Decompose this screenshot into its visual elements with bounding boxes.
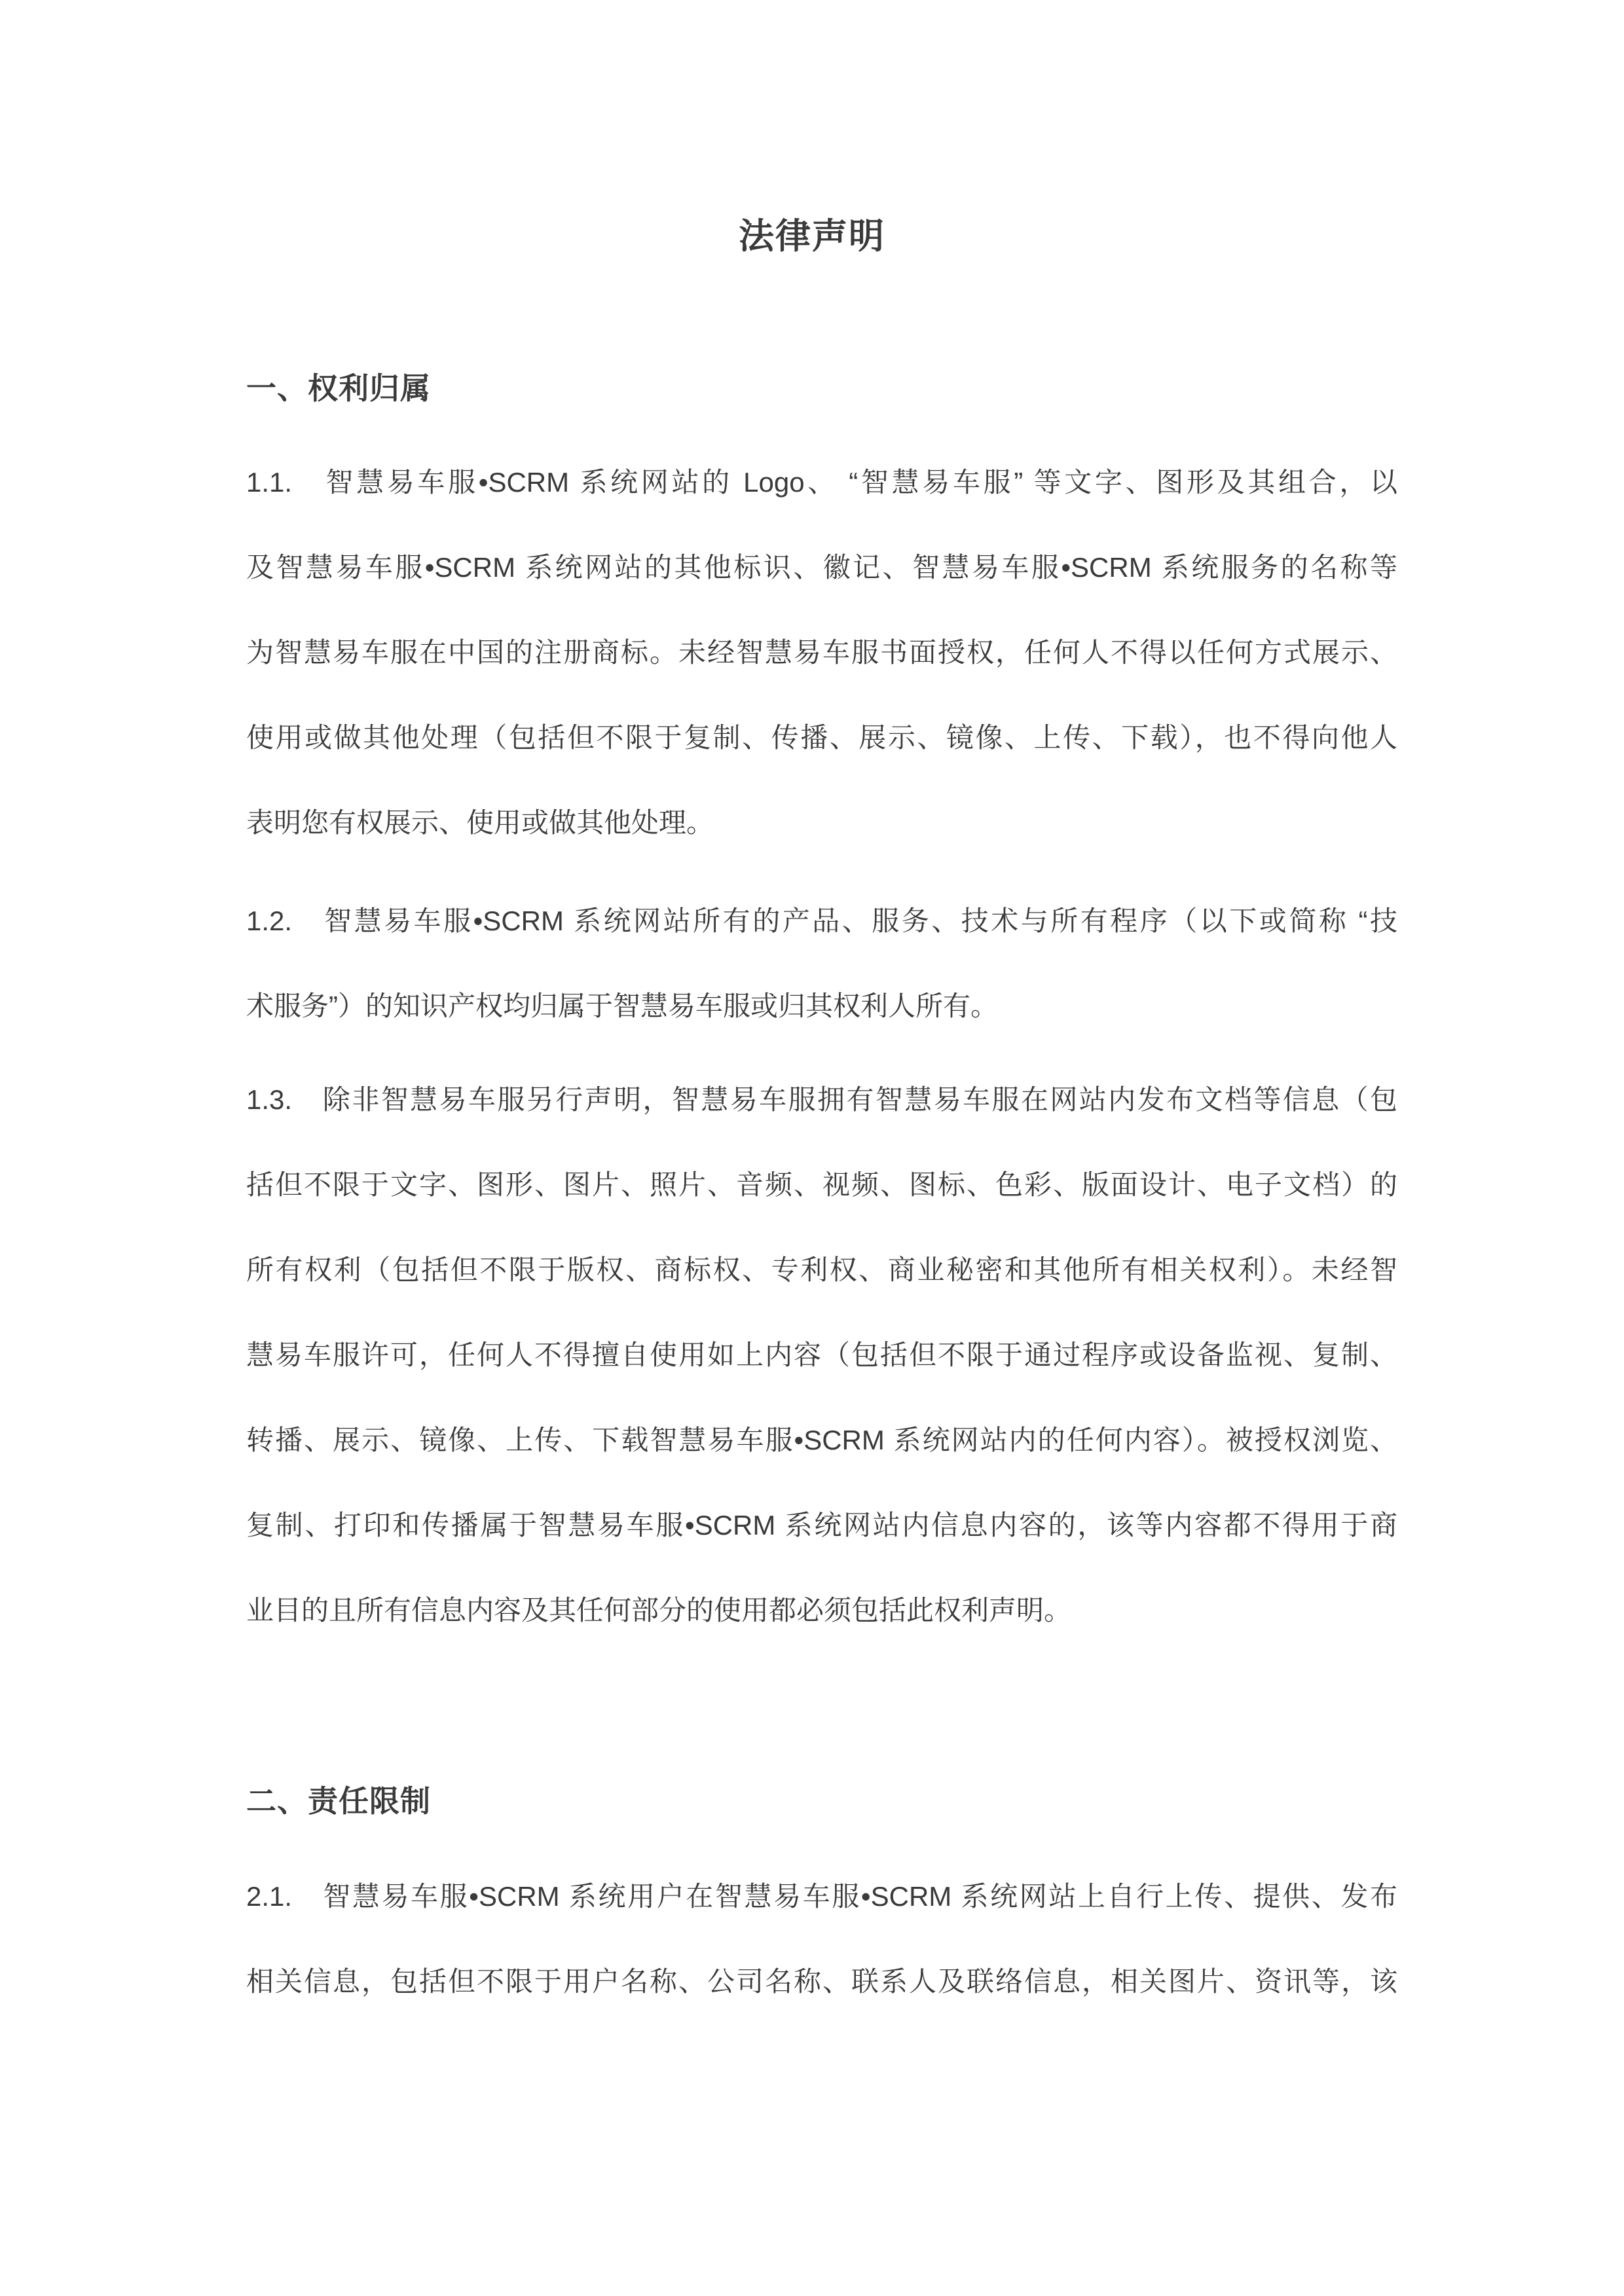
text-line: 业目的且所有信息内容及其任何部分的使用都必须包括此权利声明。 xyxy=(246,1568,1397,1653)
text-line: 慧易车服许可，任何人不得擅自使用如上内容（包括但不限于通过程序或设备监视、复制、 xyxy=(246,1313,1397,1398)
text-line: 使用或做其他处理（包括但不限于复制、传播、展示、镜像、上传、下载），也不得向他人 xyxy=(246,695,1397,780)
text-line: 转播、展示、镜像、上传、下载智慧易车服•SCRM 系统网站内的任何内容）。被授权… xyxy=(246,1398,1397,1483)
text-line: 1.2. 智慧易车服•SCRM 系统网站所有的产品、服务、技术与所有程序（以下或… xyxy=(246,879,1397,964)
document-title: 法律声明 xyxy=(0,216,1624,257)
paragraph-1-3: 1.3. 除非智慧易车服另行声明，智慧易车服拥有智慧易车服在网站内发布文档等信息… xyxy=(246,1057,1397,1653)
document-page: 法律声明 一、权利归属 1.1. 智慧易车服•SCRM 系统网站的 Logo、 … xyxy=(0,0,1624,2296)
paragraph-1-2: 1.2. 智慧易车服•SCRM 系统网站所有的产品、服务、技术与所有程序（以下或… xyxy=(246,879,1397,1049)
text-line: 1.1. 智慧易车服•SCRM 系统网站的 Logo、 “智慧易车服” 等文字、… xyxy=(246,440,1397,525)
text-line: 括但不限于文字、图形、图片、照片、音频、视频、图标、色彩、版面设计、电子文档）的 xyxy=(246,1142,1397,1228)
text-line: 及智慧易车服•SCRM 系统网站的其他标识、徽记、智慧易车服•SCRM 系统服务… xyxy=(246,525,1397,610)
section-heading-liability-limitation: 二、责任限制 xyxy=(246,1758,1397,1844)
text-line: 复制、打印和传播属于智慧易车服•SCRM 系统网站内信息内容的，该等内容都不得用… xyxy=(246,1483,1397,1568)
section-heading-rights-ownership: 一、权利归属 xyxy=(246,346,1397,431)
text-line: 为智慧易车服在中国的注册商标。未经智慧易车服书面授权，任何人不得以任何方式展示、 xyxy=(246,610,1397,695)
text-line: 表明您有权展示、使用或做其他处理。 xyxy=(246,780,1397,866)
paragraph-1-1: 1.1. 智慧易车服•SCRM 系统网站的 Logo、 “智慧易车服” 等文字、… xyxy=(246,440,1397,866)
paragraph-2-1: 2.1. 智慧易车服•SCRM 系统用户在智慧易车服•SCRM 系统网站上自行上… xyxy=(246,1854,1397,2024)
text-line: 相关信息，包括但不限于用户名称、公司名称、联系人及联络信息，相关图片、资讯等，该 xyxy=(246,1939,1397,2024)
text-line: 1.3. 除非智慧易车服另行声明，智慧易车服拥有智慧易车服在网站内发布文档等信息… xyxy=(246,1057,1397,1142)
text-line: 2.1. 智慧易车服•SCRM 系统用户在智慧易车服•SCRM 系统网站上自行上… xyxy=(246,1854,1397,1939)
text-line: 术服务”）的知识产权均归属于智慧易车服或归其权利人所有。 xyxy=(246,964,1397,1049)
text-line: 所有权利（包括但不限于版权、商标权、专利权、商业秘密和其他所有相关权利）。未经智 xyxy=(246,1228,1397,1313)
